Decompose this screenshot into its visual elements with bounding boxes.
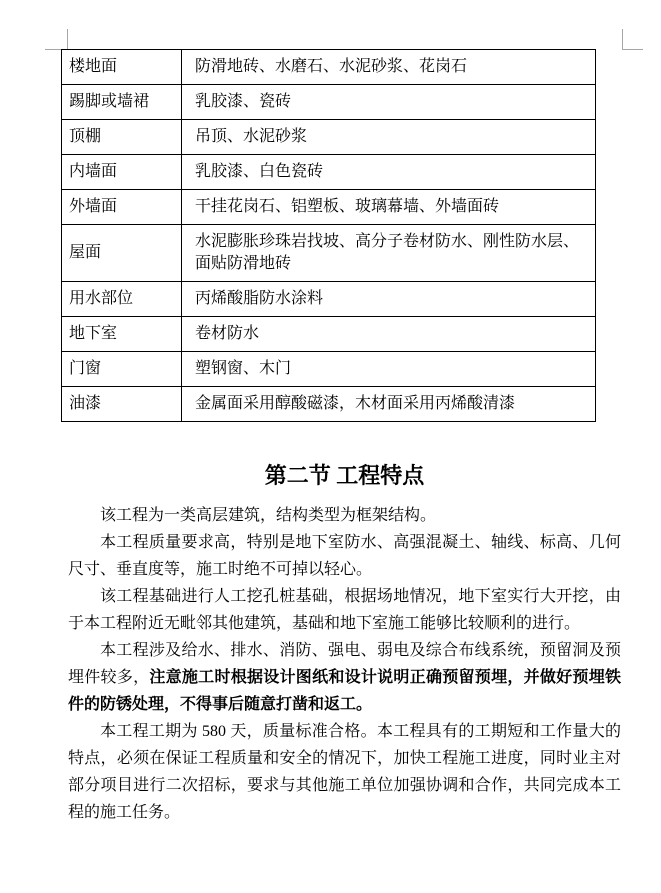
table-cell-value: 干挂花岗石、铝塑板、玻璃幕墙、外墙面砖 [182, 190, 596, 225]
paragraph-text: 该工程为一类高层建筑，结构类型为框架结构。 [100, 507, 436, 524]
body-paragraph: 本工程涉及给水、排水、消防、强电、弱电及综合布线系统，预留洞及预埋件较多，注意施… [68, 637, 621, 718]
paragraph-text: 本工程质量要求高，特别是地下室防水、高强混凝土、轴线、标高、几何尺寸、垂直度等，… [68, 534, 621, 578]
table-cell-value: 水泥膨胀珍珠岩找坡、高分子卷材防水、刚性防水层、面贴防滑地砖 [182, 225, 596, 282]
paragraph-text: 该工程基础进行人工挖孔桩基础，根据场地情况，地下室实行大开挖，由于本工程附近无毗… [68, 588, 621, 632]
table-cell-label: 楼地面 [62, 50, 182, 85]
text-boundary-mark-top-left [45, 29, 68, 50]
document-page: 楼地面防滑地砖、水磨石、水泥砂浆、花岗石踢脚或墙裙乳胶漆、瓷砖顶棚吊顶、水泥砂浆… [0, 0, 661, 893]
body-paragraph: 本工程工期为 580 天，质量标准合格。本工程具有的工期短和工作量大的特点，必须… [68, 718, 621, 826]
table-cell-label: 踢脚或墙裙 [62, 85, 182, 120]
table-cell-label: 门窗 [62, 352, 182, 387]
table-cell-value: 卷材防水 [182, 317, 596, 352]
table-cell-value: 金属面采用醇酸磁漆，木材面采用丙烯酸清漆 [182, 387, 596, 422]
body-paragraph: 该工程为一类高层建筑，结构类型为框架结构。 [68, 502, 621, 529]
paragraph-bold-text: 注意施工时根据设计图纸和设计说明正确预留预埋，并做好预埋铁件的防锈处理，不得事后… [68, 669, 621, 713]
table-cell-label: 屋面 [62, 225, 182, 282]
table-row: 屋面水泥膨胀珍珠岩找坡、高分子卷材防水、刚性防水层、面贴防滑地砖 [62, 225, 596, 282]
table-row: 顶棚吊顶、水泥砂浆 [62, 120, 596, 155]
body-paragraph: 该工程基础进行人工挖孔桩基础，根据场地情况，地下室实行大开挖，由于本工程附近无毗… [68, 583, 621, 637]
finish-materials-table: 楼地面防滑地砖、水磨石、水泥砂浆、花岗石踢脚或墙裙乳胶漆、瓷砖顶棚吊顶、水泥砂浆… [61, 49, 596, 422]
body-paragraph: 本工程质量要求高，特别是地下室防水、高强混凝土、轴线、标高、几何尺寸、垂直度等，… [68, 529, 621, 583]
table-cell-value: 乳胶漆、白色瓷砖 [182, 155, 596, 190]
text-boundary-mark-top-right [622, 29, 643, 50]
table-row: 门窗塑钢窗、木门 [62, 352, 596, 387]
section-paragraphs: 该工程为一类高层建筑，结构类型为框架结构。本工程质量要求高，特别是地下室防水、高… [68, 502, 621, 826]
table-row: 外墙面干挂花岗石、铝塑板、玻璃幕墙、外墙面砖 [62, 190, 596, 225]
section-text-area: 第二节 工程特点 该工程为一类高层建筑，结构类型为框架结构。本工程质量要求高，特… [68, 419, 621, 826]
table-cell-label: 地下室 [62, 317, 182, 352]
section-heading: 第二节 工程特点 [68, 463, 621, 489]
table-row: 内墙面乳胶漆、白色瓷砖 [62, 155, 596, 190]
table-row: 用水部位丙烯酸脂防水涂料 [62, 282, 596, 317]
table-cell-label: 油漆 [62, 387, 182, 422]
table-row: 地下室卷材防水 [62, 317, 596, 352]
table-cell-label: 内墙面 [62, 155, 182, 190]
table-cell-value: 丙烯酸脂防水涂料 [182, 282, 596, 317]
table-cell-label: 外墙面 [62, 190, 182, 225]
table-row: 踢脚或墙裙乳胶漆、瓷砖 [62, 85, 596, 120]
table-cell-label: 顶棚 [62, 120, 182, 155]
table-row: 楼地面防滑地砖、水磨石、水泥砂浆、花岗石 [62, 50, 596, 85]
table-cell-label: 用水部位 [62, 282, 182, 317]
table-cell-value: 防滑地砖、水磨石、水泥砂浆、花岗石 [182, 50, 596, 85]
table-cell-value: 塑钢窗、木门 [182, 352, 596, 387]
paragraph-text: 本工程工期为 580 天，质量标准合格。本工程具有的工期短和工作量大的特点，必须… [68, 723, 621, 821]
finish-materials-table-body: 楼地面防滑地砖、水磨石、水泥砂浆、花岗石踢脚或墙裙乳胶漆、瓷砖顶棚吊顶、水泥砂浆… [62, 50, 596, 422]
table-cell-value: 乳胶漆、瓷砖 [182, 85, 596, 120]
table-row: 油漆金属面采用醇酸磁漆，木材面采用丙烯酸清漆 [62, 387, 596, 422]
table-cell-value: 吊顶、水泥砂浆 [182, 120, 596, 155]
